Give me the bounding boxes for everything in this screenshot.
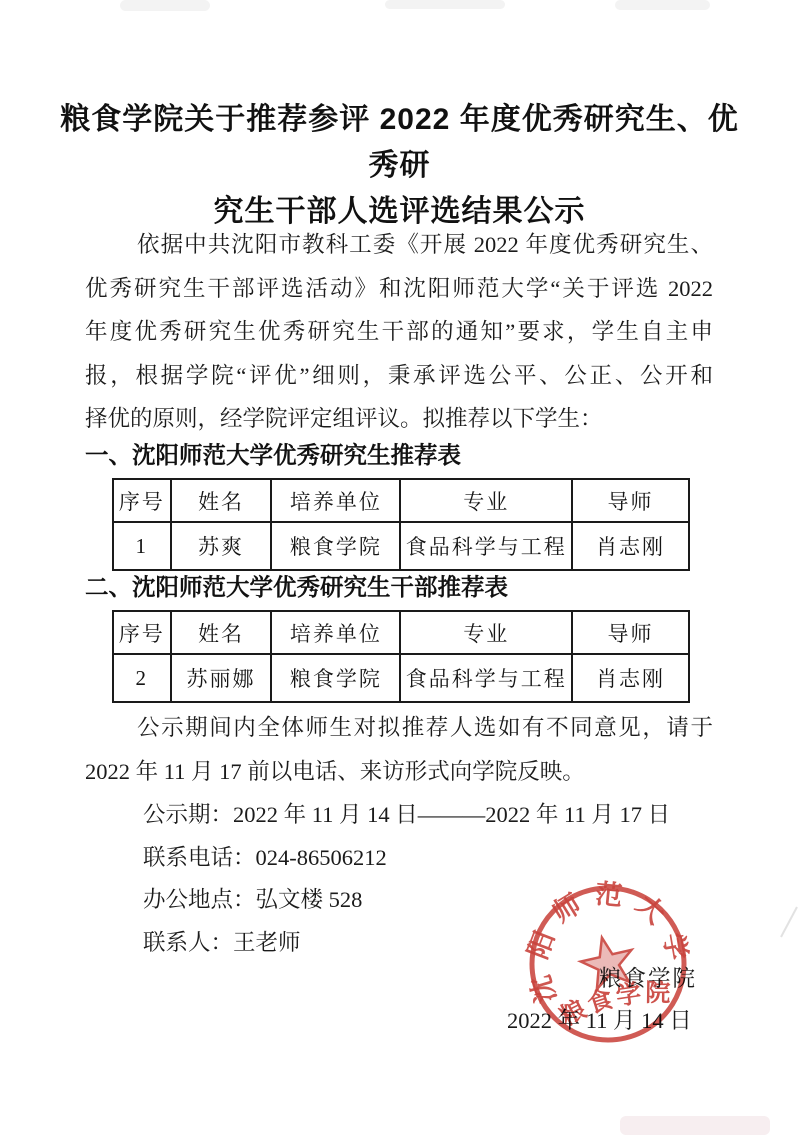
intro-line: 优秀研究生干部评选活动》和沈阳师范大学“关于评选 2022 — [85, 267, 713, 311]
section1-heading: 一、沈阳师范大学优秀研究生推荐表 — [85, 437, 739, 473]
table1-header-seq: 序号 — [113, 479, 171, 522]
contact-phone: 联系电话：024-86506212 — [143, 837, 713, 880]
table2-header-name: 姓名 — [171, 611, 272, 654]
table2-cell-advisor: 肖志刚 — [572, 654, 689, 702]
table1-data-row: 1 苏爽 粮食学院 食品科学与工程 肖志刚 — [113, 522, 689, 570]
scan-scratch — [780, 907, 798, 938]
office-location: 办公地点：弘文楼 528 — [143, 879, 713, 922]
table1-cell-name: 苏爽 — [171, 522, 272, 570]
table2-header-major: 专业 — [400, 611, 572, 654]
document-title: 粮食学院关于推荐参评 2022 年度优秀研究生、优秀研 究生干部人选评选结果公示 — [52, 97, 747, 235]
scan-smudge — [120, 0, 210, 11]
closing-line: 2022 年 11 月 17 前以电话、来访形式向学院反映。 — [85, 750, 713, 794]
recommendation-table-1: 序号 姓名 培养单位 专业 导师 1 苏爽 粮食学院 食品科学与工程 肖志刚 — [112, 478, 690, 571]
table2-header-row: 序号 姓名 培养单位 专业 导师 — [113, 611, 689, 654]
table2-header-seq: 序号 — [113, 611, 171, 654]
table2-cell-name: 苏丽娜 — [171, 654, 272, 702]
table1-cell-advisor: 肖志刚 — [572, 522, 689, 570]
section2-heading: 二、沈阳师范大学优秀研究生干部推荐表 — [85, 569, 739, 605]
contact-block: 公示期：2022 年 11 月 14 日———2022 年 11 月 17 日 … — [143, 794, 713, 965]
table2-header-advisor: 导师 — [572, 611, 689, 654]
intro-line: 年度优秀研究生优秀研究生干部的通知”要求，学生自主申 — [85, 310, 713, 354]
table2-cell-major: 食品科学与工程 — [400, 654, 572, 702]
intro-line: 择优的原则，经学院评定组评议。拟推荐以下学生： — [85, 397, 713, 441]
document-title-line1: 粮食学院关于推荐参评 2022 年度优秀研究生、优秀研 — [52, 97, 747, 189]
signature-department: 粮食学院 — [599, 961, 697, 993]
closing-paragraph: 公示期间内全体师生对拟推荐人选如有不同意见，请于 2022 年 11 月 17 … — [85, 706, 713, 793]
scan-smudge — [385, 0, 505, 9]
recommendation-table-2: 序号 姓名 培养单位 专业 导师 2 苏丽娜 粮食学院 食品科学与工程 肖志刚 — [112, 610, 690, 703]
table2-header-unit: 培养单位 — [271, 611, 400, 654]
scanned-announcement-page: 粮食学院关于推荐参评 2022 年度优秀研究生、优秀研 究生干部人选评选结果公示… — [0, 0, 799, 1135]
closing-line: 公示期间内全体师生对拟推荐人选如有不同意见，请于 — [85, 706, 713, 750]
signature-date: 2022 年 11 月 14 日 — [507, 1003, 692, 1035]
table1-cell-unit: 粮食学院 — [271, 522, 400, 570]
table2-cell-unit: 粮食学院 — [271, 654, 400, 702]
table1-header-unit: 培养单位 — [271, 479, 400, 522]
table1-header-name: 姓名 — [171, 479, 272, 522]
publicity-period: 公示期：2022 年 11 月 14 日———2022 年 11 月 17 日 — [143, 794, 713, 837]
table1-header-major: 专业 — [400, 479, 572, 522]
table2-data-row: 2 苏丽娜 粮食学院 食品科学与工程 肖志刚 — [113, 654, 689, 702]
table1-cell-seq: 1 — [113, 522, 171, 570]
intro-line: 报，根据学院“评优”细则，秉承评选公平、公正、公开和 — [85, 354, 713, 398]
scan-smudge — [620, 1116, 770, 1135]
scan-smudge — [615, 0, 710, 10]
table2-cell-seq: 2 — [113, 654, 171, 702]
intro-line: 依据中共沈阳市教科工委《开展 2022 年度优秀研究生、 — [85, 223, 713, 267]
table1-cell-major: 食品科学与工程 — [400, 522, 572, 570]
contact-person: 联系人：王老师 — [143, 922, 713, 965]
table1-header-row: 序号 姓名 培养单位 专业 导师 — [113, 479, 689, 522]
table1-header-advisor: 导师 — [572, 479, 689, 522]
intro-paragraph: 依据中共沈阳市教科工委《开展 2022 年度优秀研究生、 优秀研究生干部评选活动… — [85, 223, 713, 441]
